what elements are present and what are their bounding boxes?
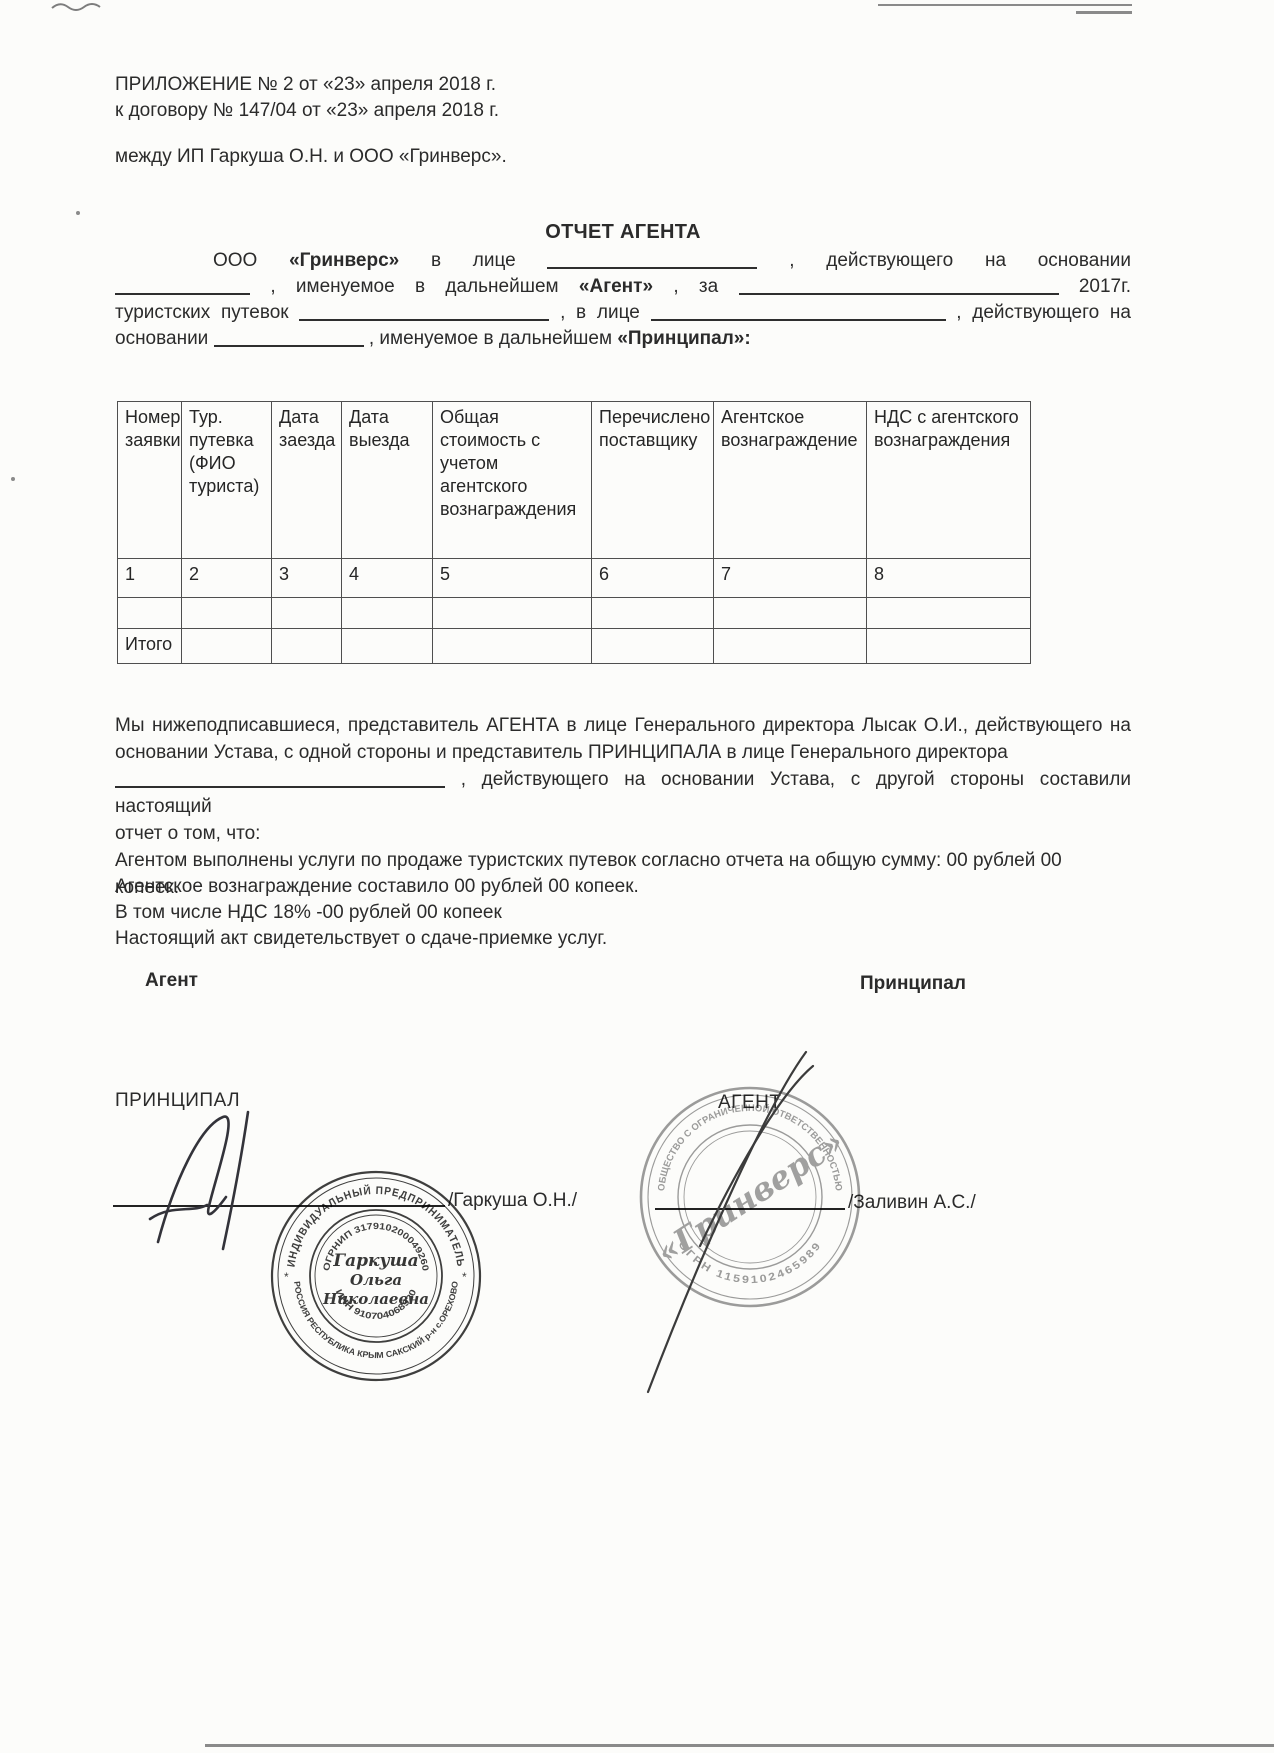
table-empty-cell <box>342 598 433 629</box>
agent-signoff-label: Агент <box>145 968 198 994</box>
table-header-cell: Общая стоимость с учетом агентского возн… <box>433 402 592 559</box>
table-total-row: Итого <box>118 629 1031 664</box>
table-empty-cell <box>272 629 342 664</box>
principal-signoff-label: Принципал <box>860 971 966 997</box>
table-number-cell: 6 <box>592 559 714 598</box>
blank-field <box>214 331 364 347</box>
intro-org-name: «Гринверс» <box>289 250 399 271</box>
scan-artifact-line-top <box>878 4 1132 6</box>
table-number-row: 1 2 3 4 5 6 7 8 <box>118 559 1031 598</box>
table-number-cell: 7 <box>714 559 867 598</box>
table-header-cell: Агентское вознаграждение <box>714 402 867 559</box>
intro-l3-text2: , в лице <box>560 302 640 323</box>
blank-field <box>115 279 250 295</box>
body-line-2: основании Устава, с одной стороны и пред… <box>115 739 1131 766</box>
body-line-3: , действующего на основании Устава, с др… <box>115 766 1131 820</box>
stamp-star-left: * <box>284 1270 289 1284</box>
table-empty-cell <box>867 629 1031 664</box>
intro-l2-text2: , за <box>673 276 718 297</box>
intro-org: ООО <box>213 250 257 271</box>
appendix-header: ПРИЛОЖЕНИЕ № 2 от «23» апреля 2018 г. к … <box>115 72 815 124</box>
fee-line-1: Агентское вознаграждение составило 00 ру… <box>115 874 1131 900</box>
intro-l1-text2: , действующего на основании <box>789 250 1131 271</box>
intro-year: 2017г. <box>1079 276 1131 297</box>
blank-field <box>299 305 549 321</box>
agent-stamp: ОБЩЕСТВО С ОГРАНИЧЕННОЙ ОТВЕТСТВЕННОСТЬЮ… <box>637 1084 863 1310</box>
agent-name: /Заливин А.С./ <box>848 1190 976 1216</box>
document-page: ПРИЛОЖЕНИЕ № 2 от «23» апреля 2018 г. к … <box>0 0 1274 1753</box>
table-number-cell: 1 <box>118 559 182 598</box>
body-line-1: Мы нижеподписавшиеся, представитель АГЕН… <box>115 712 1131 739</box>
table-header-cell: Номер заявки <box>118 402 182 559</box>
table-empty-cell <box>714 598 867 629</box>
scan-artifact-squiggle <box>50 0 110 16</box>
intro-l2-text: , именуемое в дальнейшем <box>270 276 558 297</box>
report-table: Номер заявки Тур. путевка (ФИО туриста) … <box>117 401 1031 664</box>
table-empty-cell <box>592 598 714 629</box>
table-header-cell: Перечислено поставщику <box>592 402 714 559</box>
principal-stamp: ИНДИВИДУАЛЬНЫЙ ПРЕДПРИНИМАТЕЛЬ РОССИЯ РЕ… <box>268 1168 484 1384</box>
table-empty-cell <box>272 598 342 629</box>
intro-paragraph: ООО «Гринверс» в лице , действующего на … <box>115 248 1131 352</box>
intro-line-1: ООО «Гринверс» в лице , действующего на … <box>213 248 1131 274</box>
table-number-cell: 2 <box>182 559 272 598</box>
table-empty-cell <box>182 598 272 629</box>
blank-field <box>651 305 946 321</box>
intro-l4-text: основании <box>115 328 208 349</box>
intro-agent-term: «Агент» <box>579 276 653 297</box>
header-line-2: к договору № 147/04 от «23» апреля 2018 … <box>115 98 815 124</box>
intro-l1-text: в лице <box>431 250 516 271</box>
scan-artifact-dot1 <box>76 211 80 215</box>
intro-l3-text: туристских путевок <box>115 302 289 323</box>
scan-artifact-line-bottom <box>205 1744 1274 1747</box>
page-title: ОТЧЕТ АГЕНТА <box>115 221 1131 244</box>
intro-line-2: , именуемое в дальнейшем «Агент» , за 20… <box>115 274 1131 300</box>
table-header-cell: НДС с агентского вознаграждения <box>867 402 1031 559</box>
fee-line-2: В том числе НДС 18% -00 рублей 00 копеек <box>115 900 1131 926</box>
parties-line: между ИП Гаркуша О.Н. и ООО «Гринверс». <box>115 144 507 170</box>
stamp-center-name-3: Николаевна <box>322 1290 429 1308</box>
table-empty-cell <box>118 598 182 629</box>
table-empty-cell <box>433 629 592 664</box>
blank-field <box>739 279 1059 295</box>
blank-field <box>115 772 445 788</box>
stamp-star-right: * <box>462 1270 467 1284</box>
intro-l4-text2: , именуемое в дальнейшем <box>369 328 612 349</box>
intro-l3-text3: , действующего на <box>956 302 1131 323</box>
table-number-cell: 5 <box>433 559 592 598</box>
intro-line-4: основании , именуемое в дальнейшем «Прин… <box>115 326 1131 352</box>
table-number-cell: 8 <box>867 559 1031 598</box>
table-empty-cell <box>714 629 867 664</box>
scan-artifact-dot2 <box>11 477 15 481</box>
header-line-1: ПРИЛОЖЕНИЕ № 2 от «23» апреля 2018 г. <box>115 72 815 98</box>
table-header-cell: Дата заезда <box>272 402 342 559</box>
intro-line-3: туристских путевок , в лице , действующе… <box>115 300 1131 326</box>
stamp-center-name-2: Ольга <box>350 1271 402 1289</box>
blank-field <box>547 253 757 269</box>
table-empty-cell <box>867 598 1031 629</box>
intro-principal-term: «Принципал»: <box>617 328 750 349</box>
table-empty-cell <box>342 629 433 664</box>
table-empty-row <box>118 598 1031 629</box>
principal-caption: ПРИНЦИПАЛ <box>115 1088 240 1114</box>
table-empty-cell <box>433 598 592 629</box>
table-header-cell: Дата выезда <box>342 402 433 559</box>
principal-signature-stroke <box>150 1112 248 1249</box>
table-total-cell: Итого <box>118 629 182 664</box>
table-header-row: Номер заявки Тур. путевка (ФИО туриста) … <box>118 402 1031 559</box>
body-line-4: отчет о том, что: <box>115 820 1131 847</box>
stamp-center-name-1: Гаркуша <box>332 1251 418 1271</box>
scan-artifact-line-top2 <box>1076 11 1132 14</box>
fee-paragraph: Агентское вознаграждение составило 00 ру… <box>115 874 1131 952</box>
table-number-cell: 3 <box>272 559 342 598</box>
table-empty-cell <box>592 629 714 664</box>
body-paragraph: Мы нижеподписавшиеся, представитель АГЕН… <box>115 712 1131 901</box>
table-header-cell: Тур. путевка (ФИО туриста) <box>182 402 272 559</box>
table-empty-cell <box>182 629 272 664</box>
fee-line-3: Настоящий акт свидетельствует о сдаче-пр… <box>115 926 1131 952</box>
table-number-cell: 4 <box>342 559 433 598</box>
